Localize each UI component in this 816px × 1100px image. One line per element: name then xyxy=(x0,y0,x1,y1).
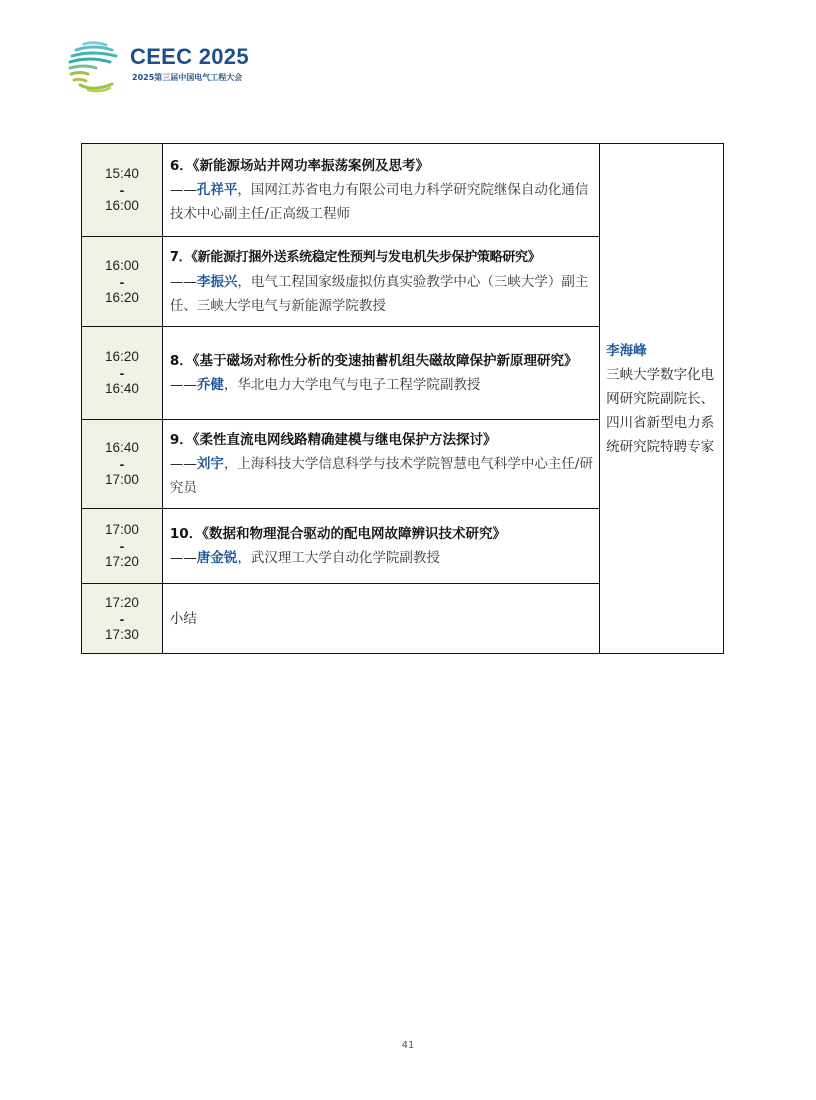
talk-cell: 8．《基于磁场对称性分析的变速抽蓄机组失磁故障保护新原理研究》 ——乔健，华北电… xyxy=(162,327,599,420)
time-end: 16:40 xyxy=(105,381,139,396)
speaker-affiliation: ，上海科技大学信息科学与技术学院智慧电气科学中心主任/研究员 xyxy=(170,456,593,496)
time-separator: - xyxy=(83,278,161,286)
logo-title: CEEC 2025 xyxy=(130,44,249,70)
logo-subtitle: 2025第三届中国电气工程大会 xyxy=(132,72,242,83)
chair-cell: 李海峰 三峡大学数字化电网研究院副院长、四川省新型电力系统研究院特聘专家 xyxy=(600,144,724,654)
table-row: 15:40 - 16:00 6．《新能源场站并网功率振荡案例及思考》 ——孔祥平… xyxy=(82,144,724,237)
conference-logo: CEEC 2025 2025第三届中国电气工程大会 xyxy=(66,36,266,96)
talk-cell: 10．《数据和物理混合驱动的配电网故障辨识技术研究》 ——唐金锐，武汉理工大学自… xyxy=(162,509,599,584)
time-start: 16:20 xyxy=(105,349,139,364)
chair-name: 李海峰 xyxy=(606,339,717,363)
time-separator: - xyxy=(83,460,161,468)
time-cell: 16:40 - 17:00 xyxy=(82,420,163,509)
em-dash: —— xyxy=(170,182,197,198)
speaker-name: 乔健 xyxy=(197,377,224,393)
chair-affiliation: 三峡大学数字化电网研究院副院长、四川省新型电力系统研究院特聘专家 xyxy=(606,367,714,455)
speaker-name: 刘宇 xyxy=(197,456,224,472)
talk-title: 7．《新能源打捆外送系统稳定性预判与发电机失步保护策略研究》 xyxy=(170,246,593,270)
talk-cell: 9．《柔性直流电网线路精确建模与继电保护方法探讨》 ——刘宇，上海科技大学信息科… xyxy=(162,420,599,509)
time-start: 16:00 xyxy=(105,258,139,273)
time-separator: - xyxy=(83,542,161,550)
ceec-globe-icon xyxy=(66,38,122,94)
em-dash: —— xyxy=(170,377,197,393)
em-dash: —— xyxy=(170,274,197,290)
em-dash: —— xyxy=(170,456,197,472)
em-dash: —— xyxy=(170,550,197,566)
time-end: 17:00 xyxy=(105,472,139,487)
time-end: 17:20 xyxy=(105,554,139,569)
time-cell: 17:00 - 17:20 xyxy=(82,509,163,584)
summary-cell: 小结 xyxy=(162,584,599,654)
talk-title: 10．《数据和物理混合驱动的配电网故障辨识技术研究》 xyxy=(170,522,593,546)
time-cell: 16:20 - 16:40 xyxy=(82,327,163,420)
speaker-name: 李振兴 xyxy=(197,274,238,290)
talk-title: 8．《基于磁场对称性分析的变速抽蓄机组失磁故障保护新原理研究》 xyxy=(170,349,593,373)
time-end: 16:20 xyxy=(105,290,139,305)
speaker-affiliation: ，武汉理工大学自动化学院副教授 xyxy=(237,550,440,566)
schedule-table: 15:40 - 16:00 6．《新能源场站并网功率振荡案例及思考》 ——孔祥平… xyxy=(81,143,724,654)
time-start: 17:20 xyxy=(105,595,139,610)
time-end: 16:00 xyxy=(105,198,139,213)
talk-title: 6．《新能源场站并网功率振荡案例及思考》 xyxy=(170,154,593,178)
time-separator: - xyxy=(83,615,161,623)
time-start: 16:40 xyxy=(105,440,139,455)
speaker-name: 唐金锐 xyxy=(197,550,238,566)
talk-title: 9．《柔性直流电网线路精确建模与继电保护方法探讨》 xyxy=(170,428,593,452)
talk-cell: 7．《新能源打捆外送系统稳定性预判与发电机失步保护策略研究》 ——李振兴，电气工… xyxy=(162,237,599,327)
time-separator: - xyxy=(83,369,161,377)
time-separator: - xyxy=(83,186,161,194)
speaker-affiliation: ，华北电力大学电气与电子工程学院副教授 xyxy=(224,377,481,393)
speaker-name: 孔祥平 xyxy=(197,182,238,198)
talk-cell: 6．《新能源场站并网功率振荡案例及思考》 ——孔祥平，国网江苏省电力有限公司电力… xyxy=(162,144,599,237)
summary-label: 小结 xyxy=(170,611,197,627)
page-number: 41 xyxy=(0,1040,816,1051)
time-end: 17:30 xyxy=(105,627,139,642)
time-start: 15:40 xyxy=(105,166,139,181)
time-cell: 17:20 - 17:30 xyxy=(82,584,163,654)
time-cell: 15:40 - 16:00 xyxy=(82,144,163,237)
time-cell: 16:00 - 16:20 xyxy=(82,237,163,327)
time-start: 17:00 xyxy=(105,522,139,537)
